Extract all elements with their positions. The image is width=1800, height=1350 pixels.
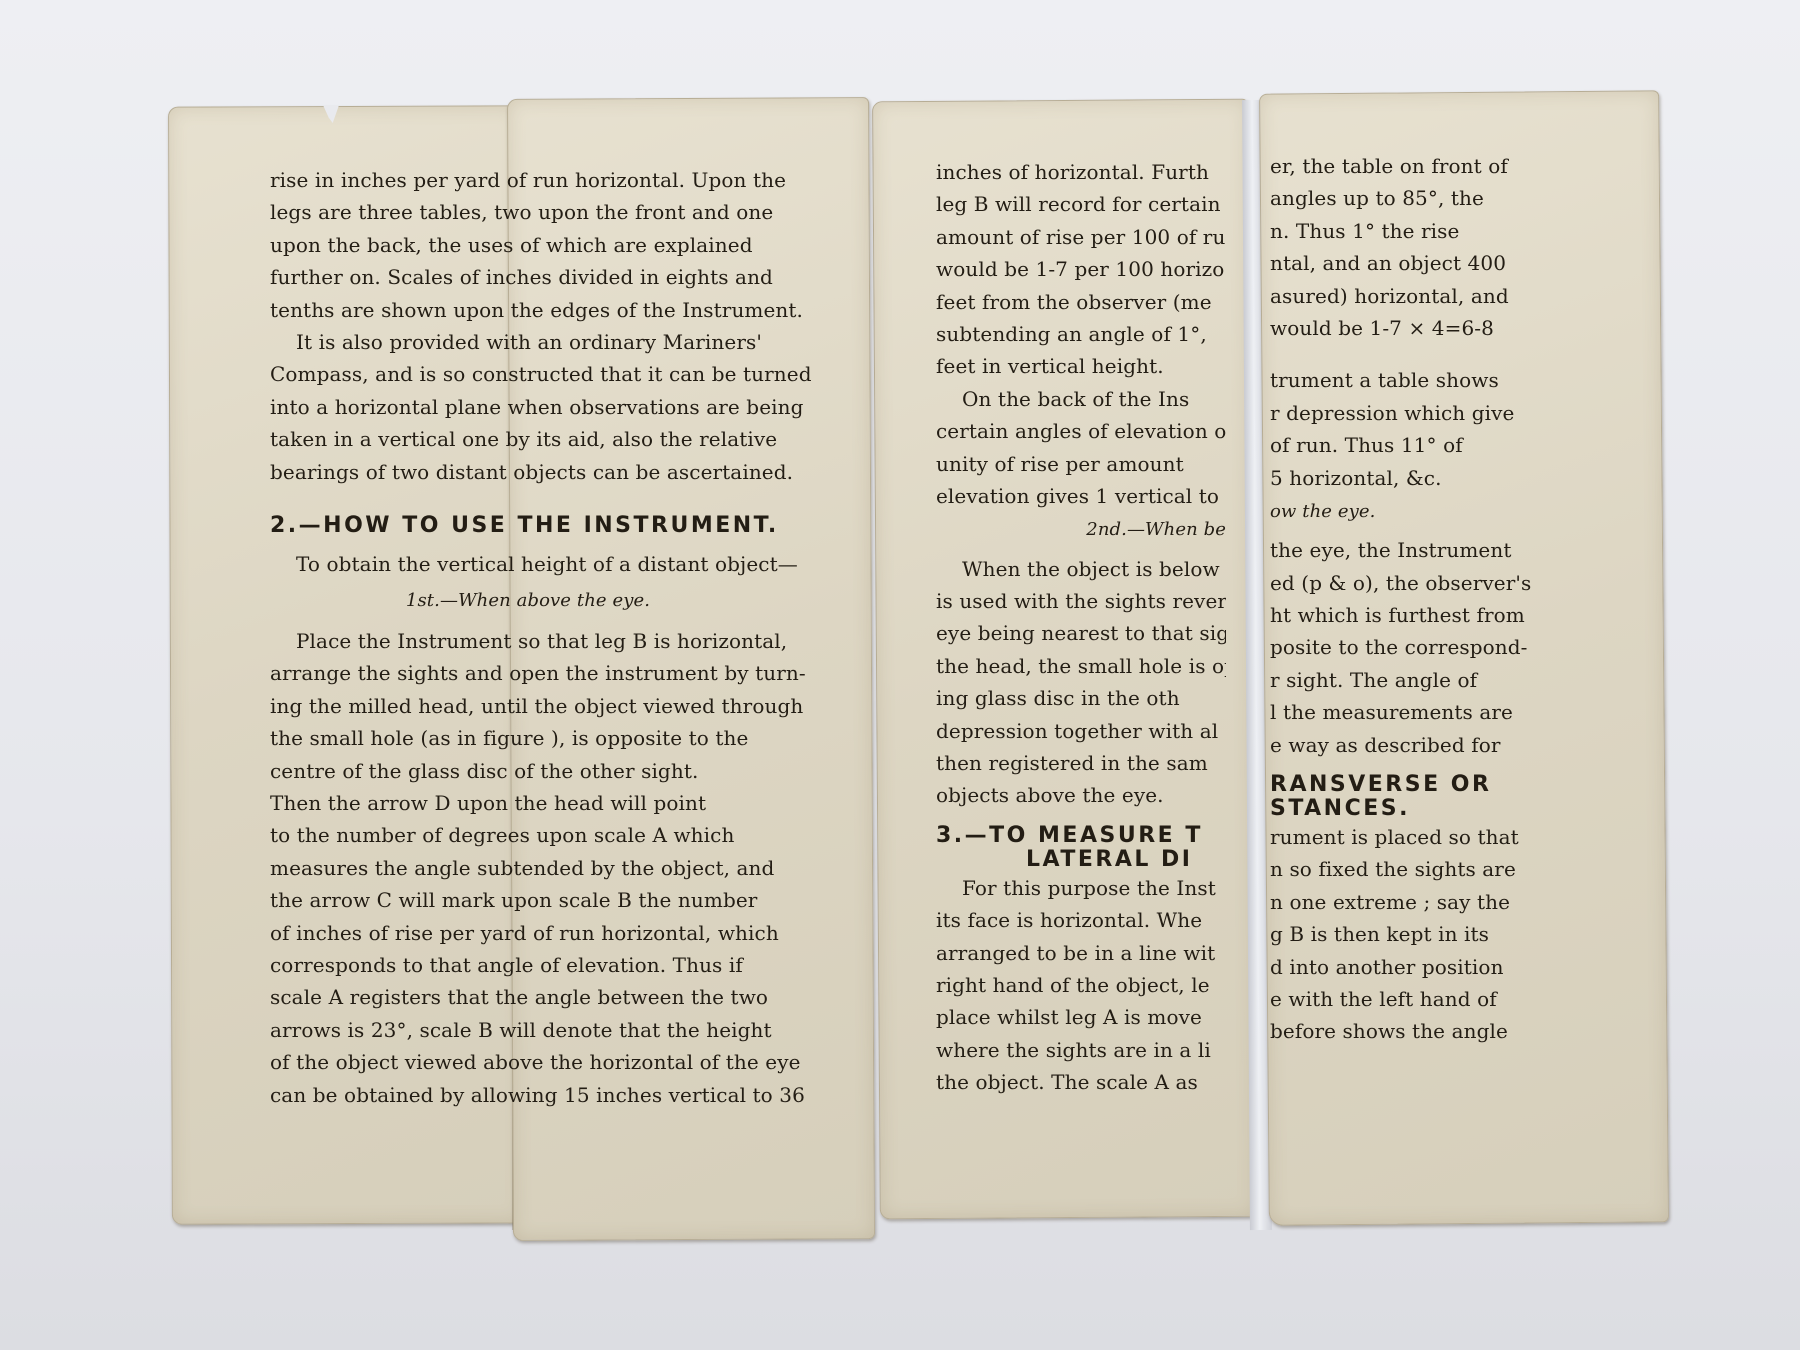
heading-line: STANCES. xyxy=(1270,797,1542,821)
heading-line: LATERAL DI xyxy=(936,848,1226,872)
text-line: place whilst leg A is move xyxy=(936,1001,1226,1033)
text-line: e way as described for xyxy=(1270,729,1542,761)
text-line: amount of rise per 100 of ru xyxy=(936,221,1226,253)
text-line: bearings of two distant objects can be a… xyxy=(270,456,826,488)
section-2-intro: To obtain the vertical height of a dista… xyxy=(270,548,826,580)
text-line: the head, the small hole is op xyxy=(936,650,1226,682)
left-text-column: rise in inches per yard of run horizonta… xyxy=(270,164,826,1111)
subheading-above-eye: 1st.—When above the eye. xyxy=(270,585,826,617)
text-line: to the number of degrees upon scale A wh… xyxy=(270,819,826,851)
text-line: rument is placed so that xyxy=(1270,821,1542,853)
right-paragraph-3: the eye, the Instrumented (p & o), the o… xyxy=(1270,534,1542,761)
text-line: tenths are shown upon the edges of the I… xyxy=(270,294,826,326)
text-line: r depression which give xyxy=(1270,397,1542,429)
intro-paragraph: rise in inches per yard of run horizonta… xyxy=(270,164,826,488)
section-2-paragraph: Place the Instrument so that leg B is ho… xyxy=(270,625,826,1111)
text-line: legs are three tables, two upon the fron… xyxy=(270,196,826,228)
text-line: further on. Scales of inches divided in … xyxy=(270,261,826,293)
text-line: the small hole (as in figure ), is oppos… xyxy=(270,722,826,754)
text-line: before shows the angle xyxy=(1270,1015,1542,1047)
text-line: measures the angle subtended by the obje… xyxy=(270,852,826,884)
text-line: its face is horizontal. Whe xyxy=(936,904,1226,936)
text-line: subtending an angle of 1°, xyxy=(936,318,1226,350)
text-line: unity of rise per amount xyxy=(936,448,1226,480)
text-line: rise in inches per yard of run horizonta… xyxy=(270,164,826,196)
text-line: 5 horizontal, &c. xyxy=(1270,462,1542,494)
text-line: arranged to be in a line wit xyxy=(936,937,1226,969)
heading-line: RANSVERSE OR xyxy=(1270,773,1542,797)
middle-paragraph-2: On the back of the Inscertain angles of … xyxy=(936,383,1226,513)
text-line: d into another position xyxy=(1270,951,1542,983)
text-line: where the sights are in a li xyxy=(936,1034,1226,1066)
text-line: Compass, and is so constructed that it c… xyxy=(270,358,826,390)
text-line: g B is then kept in its xyxy=(1270,918,1542,950)
middle-paragraph-3: When the object is belowis used with the… xyxy=(936,553,1226,812)
text-line: would be 1-7 × 4=6-8 xyxy=(1270,312,1542,344)
text-line: would be 1-7 per 100 horizo xyxy=(936,253,1226,285)
text-line: centre of the glass disc of the other si… xyxy=(270,755,826,787)
text-line: of run. Thus 11° of xyxy=(1270,429,1542,461)
text-line: the arrow C will mark upon scale B the n… xyxy=(270,884,826,916)
text-line: angles up to 85°, the xyxy=(1270,182,1542,214)
heading-line: 3.—TO MEASURE T xyxy=(936,824,1226,848)
text-line: into a horizontal plane when observation… xyxy=(270,391,826,423)
text-line: the eye, the Instrument xyxy=(1270,534,1542,566)
text-line: of the object viewed above the horizonta… xyxy=(270,1046,826,1078)
text-line: leg B will record for certain xyxy=(936,188,1226,220)
text-line: arrange the sights and open the instrume… xyxy=(270,657,826,689)
text-line: eye being nearest to that sig xyxy=(936,617,1226,649)
right-paragraph-4: rument is placed so thatn so fixed the s… xyxy=(1270,821,1542,1048)
paper-notch xyxy=(323,105,339,123)
text-line: n. Thus 1° the rise xyxy=(1270,215,1542,247)
text-line: ht which is furthest from xyxy=(1270,599,1542,631)
text-line: n one extreme ; say the xyxy=(1270,886,1542,918)
text-line: of inches of rise per yard of run horizo… xyxy=(270,917,826,949)
text-line: ing the milled head, until the object vi… xyxy=(270,690,826,722)
text-line: n so fixed the sights are xyxy=(1270,853,1542,885)
text-line: depression together with al xyxy=(936,715,1226,747)
text-line: er, the table on front of xyxy=(1270,150,1542,182)
text-line: arrows is 23°, scale B will denote that … xyxy=(270,1014,826,1046)
text-line: then registered in the sam xyxy=(936,747,1226,779)
text-line: l the measurements are xyxy=(1270,696,1542,728)
text-line: inches of horizontal. Furth xyxy=(936,156,1226,188)
middle-text-column: inches of horizontal. Furthleg B will re… xyxy=(936,156,1226,1099)
text-line: ing glass disc in the oth xyxy=(936,682,1226,714)
middle-paragraph-4: For this purpose the Instits face is hor… xyxy=(936,872,1226,1099)
section-3-heading-left: 3.—TO MEASURE TLATERAL DI xyxy=(936,824,1226,872)
section-3-heading-right: RANSVERSE ORSTANCES. xyxy=(1270,773,1542,821)
text-line: objects above the eye. xyxy=(936,779,1226,811)
text-line: posite to the correspond- xyxy=(1270,631,1542,663)
text-line: scale A registers that the angle between… xyxy=(270,981,826,1013)
text-line: right hand of the object, le xyxy=(936,969,1226,1001)
text-line: It is also provided with an ordinary Mar… xyxy=(270,326,826,358)
text-line: certain angles of elevation o xyxy=(936,415,1226,447)
text-line: feet from the observer (me xyxy=(936,286,1226,318)
text-line: can be obtained by allowing 15 inches ve… xyxy=(270,1079,826,1111)
text-line: e with the left hand of xyxy=(1270,983,1542,1015)
subheading-below-eye-part: 2nd.—When be xyxy=(936,514,1226,546)
middle-paragraph-1: inches of horizontal. Furthleg B will re… xyxy=(936,156,1226,383)
right-text-column: er, the table on front ofangles up to 85… xyxy=(1270,150,1542,1048)
text-line: trument a table shows xyxy=(1270,364,1542,396)
subheading-below-eye-part: ow the eye. xyxy=(1270,496,1542,528)
right-paragraph-2: trument a table showsr depression which … xyxy=(1270,364,1542,494)
text-line: ed (p & o), the observer's xyxy=(1270,567,1542,599)
text-line: For this purpose the Inst xyxy=(936,872,1226,904)
right-paragraph-1: er, the table on front ofangles up to 85… xyxy=(1270,150,1542,344)
text-line: ntal, and an object 400 xyxy=(1270,247,1542,279)
text-line: r sight. The angle of xyxy=(1270,664,1542,696)
text-line: is used with the sights revers xyxy=(936,585,1226,617)
text-line: corresponds to that angle of elevation. … xyxy=(270,949,826,981)
text-line: Place the Instrument so that leg B is ho… xyxy=(270,625,826,657)
text-line: asured) horizontal, and xyxy=(1270,280,1542,312)
text-line: feet in vertical height. xyxy=(936,350,1226,382)
text-line: the object. The scale A as xyxy=(936,1066,1226,1098)
text-line: upon the back, the uses of which are exp… xyxy=(270,229,826,261)
text-line: Then the arrow D upon the head will poin… xyxy=(270,787,826,819)
text-line: On the back of the Ins xyxy=(936,383,1226,415)
section-2-heading: 2.—HOW TO USE THE INSTRUMENT. xyxy=(270,510,826,542)
text-line: taken in a vertical one by its aid, also… xyxy=(270,423,826,455)
text-line: When the object is below xyxy=(936,553,1226,585)
text-line: elevation gives 1 vertical to xyxy=(936,480,1226,512)
